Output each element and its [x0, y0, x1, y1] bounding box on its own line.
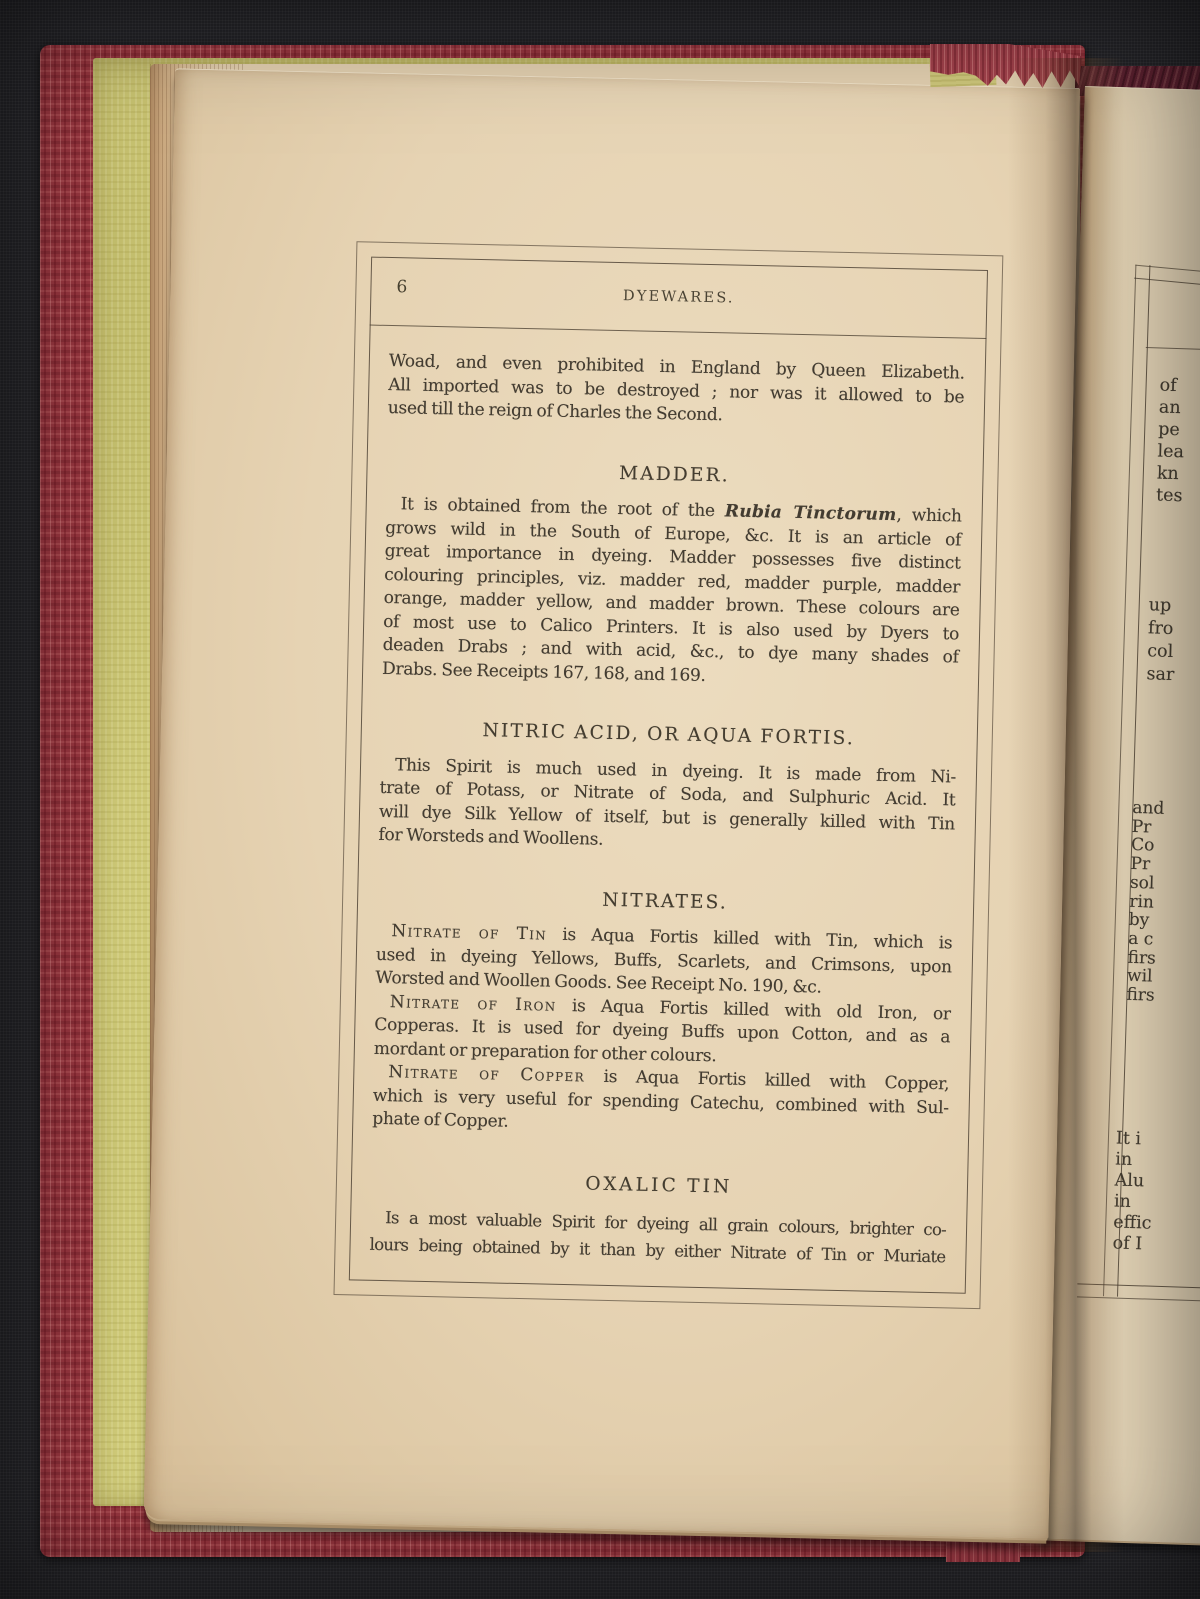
text-line-fragment: up — [1148, 594, 1176, 618]
page-frame: 6 DYEWARES. Woad, and even prohibited in… — [333, 241, 1003, 1309]
text-line-fragment: sar — [1146, 663, 1174, 687]
text-line-fragment: of I — [1112, 1233, 1151, 1255]
right-page-header-rule — [1146, 347, 1200, 353]
page-section: OXALIC TINIs a most valuable Spirit for … — [369, 1167, 947, 1270]
running-header: DYEWARES. — [370, 283, 987, 312]
page-section: MADDER.It is obtained from the root of t… — [382, 456, 963, 693]
text-line-fragment: lea — [1157, 440, 1184, 463]
text-line-fragment: Pr — [1130, 855, 1163, 875]
text-line-fragment: a c — [1128, 930, 1161, 950]
text-line-fragment: It i — [1116, 1128, 1155, 1150]
text-line-fragment: Pr — [1131, 818, 1164, 838]
text-line-fragment: firs — [1127, 948, 1160, 968]
text-line-fragment: firs — [1126, 986, 1159, 1006]
section-heading: NITRATES. — [377, 883, 953, 919]
right-page-text-fragments: upfrocolsar — [1146, 594, 1177, 687]
page-body-text: Woad, and even prohibited in England by … — [369, 350, 965, 1270]
text-line-fragment: tes — [1156, 484, 1183, 507]
photo-background: { "colors": { "background_fabric": "#232… — [0, 0, 1200, 1599]
text-line-fragment: Alu — [1114, 1170, 1153, 1192]
section-heading: MADDER. — [386, 456, 962, 492]
text-line-fragment: rin — [1129, 892, 1162, 912]
text-line-fragment: effic — [1113, 1212, 1152, 1234]
text-line-fragment: of — [1159, 374, 1186, 397]
left-page: 6 DYEWARES. Woad, and even prohibited in… — [144, 68, 1080, 1538]
cover-bottom-patch — [946, 1534, 1020, 1562]
text-line-fragment: wil — [1127, 967, 1160, 987]
text-line-fragment: an — [1159, 396, 1186, 419]
page-section: NITRATES.Nitrate of Tin is Aqua Fortis k… — [372, 883, 953, 1144]
text-line-fragment: in — [1115, 1149, 1154, 1171]
right-page-text-fragments: It iinAluinefficof I — [1112, 1128, 1154, 1255]
small-caps-term: Nitrate of Copper — [388, 1062, 585, 1086]
italic-term: Rubia Tinctorum — [725, 501, 897, 525]
small-caps-term: Nitrate of Iron — [390, 992, 557, 1016]
text-line-fragment: in — [1114, 1191, 1153, 1213]
text-line-fragment: sol — [1130, 874, 1163, 894]
page-section: NITRIC ACID, OR AQUA FORTIS.This Spirit … — [378, 717, 957, 860]
right-page-frame-bottom — [1077, 1283, 1200, 1303]
text-line-fragment: col — [1147, 640, 1175, 664]
right-page-text-fragments: ofanpeleakntes — [1156, 374, 1187, 507]
text-line-fragment: kn — [1157, 462, 1184, 485]
section-heading: OXALIC TIN — [371, 1167, 947, 1203]
text-line-fragment: fro — [1148, 617, 1176, 641]
section-heading: NITRIC ACID, OR AQUA FORTIS. — [381, 717, 957, 753]
right-page-text-fragments: andPrCoPrsolrinbya cfirswilfirs — [1126, 799, 1164, 1006]
text-line-fragment: pe — [1158, 418, 1185, 441]
text-line-fragment: Co — [1131, 836, 1164, 856]
text-line-fragment: by — [1129, 911, 1162, 931]
page-header-row: 6 DYEWARES. — [370, 257, 988, 339]
text-line-fragment: and — [1132, 799, 1165, 819]
small-caps-term: Nitrate of Tin — [391, 921, 547, 944]
